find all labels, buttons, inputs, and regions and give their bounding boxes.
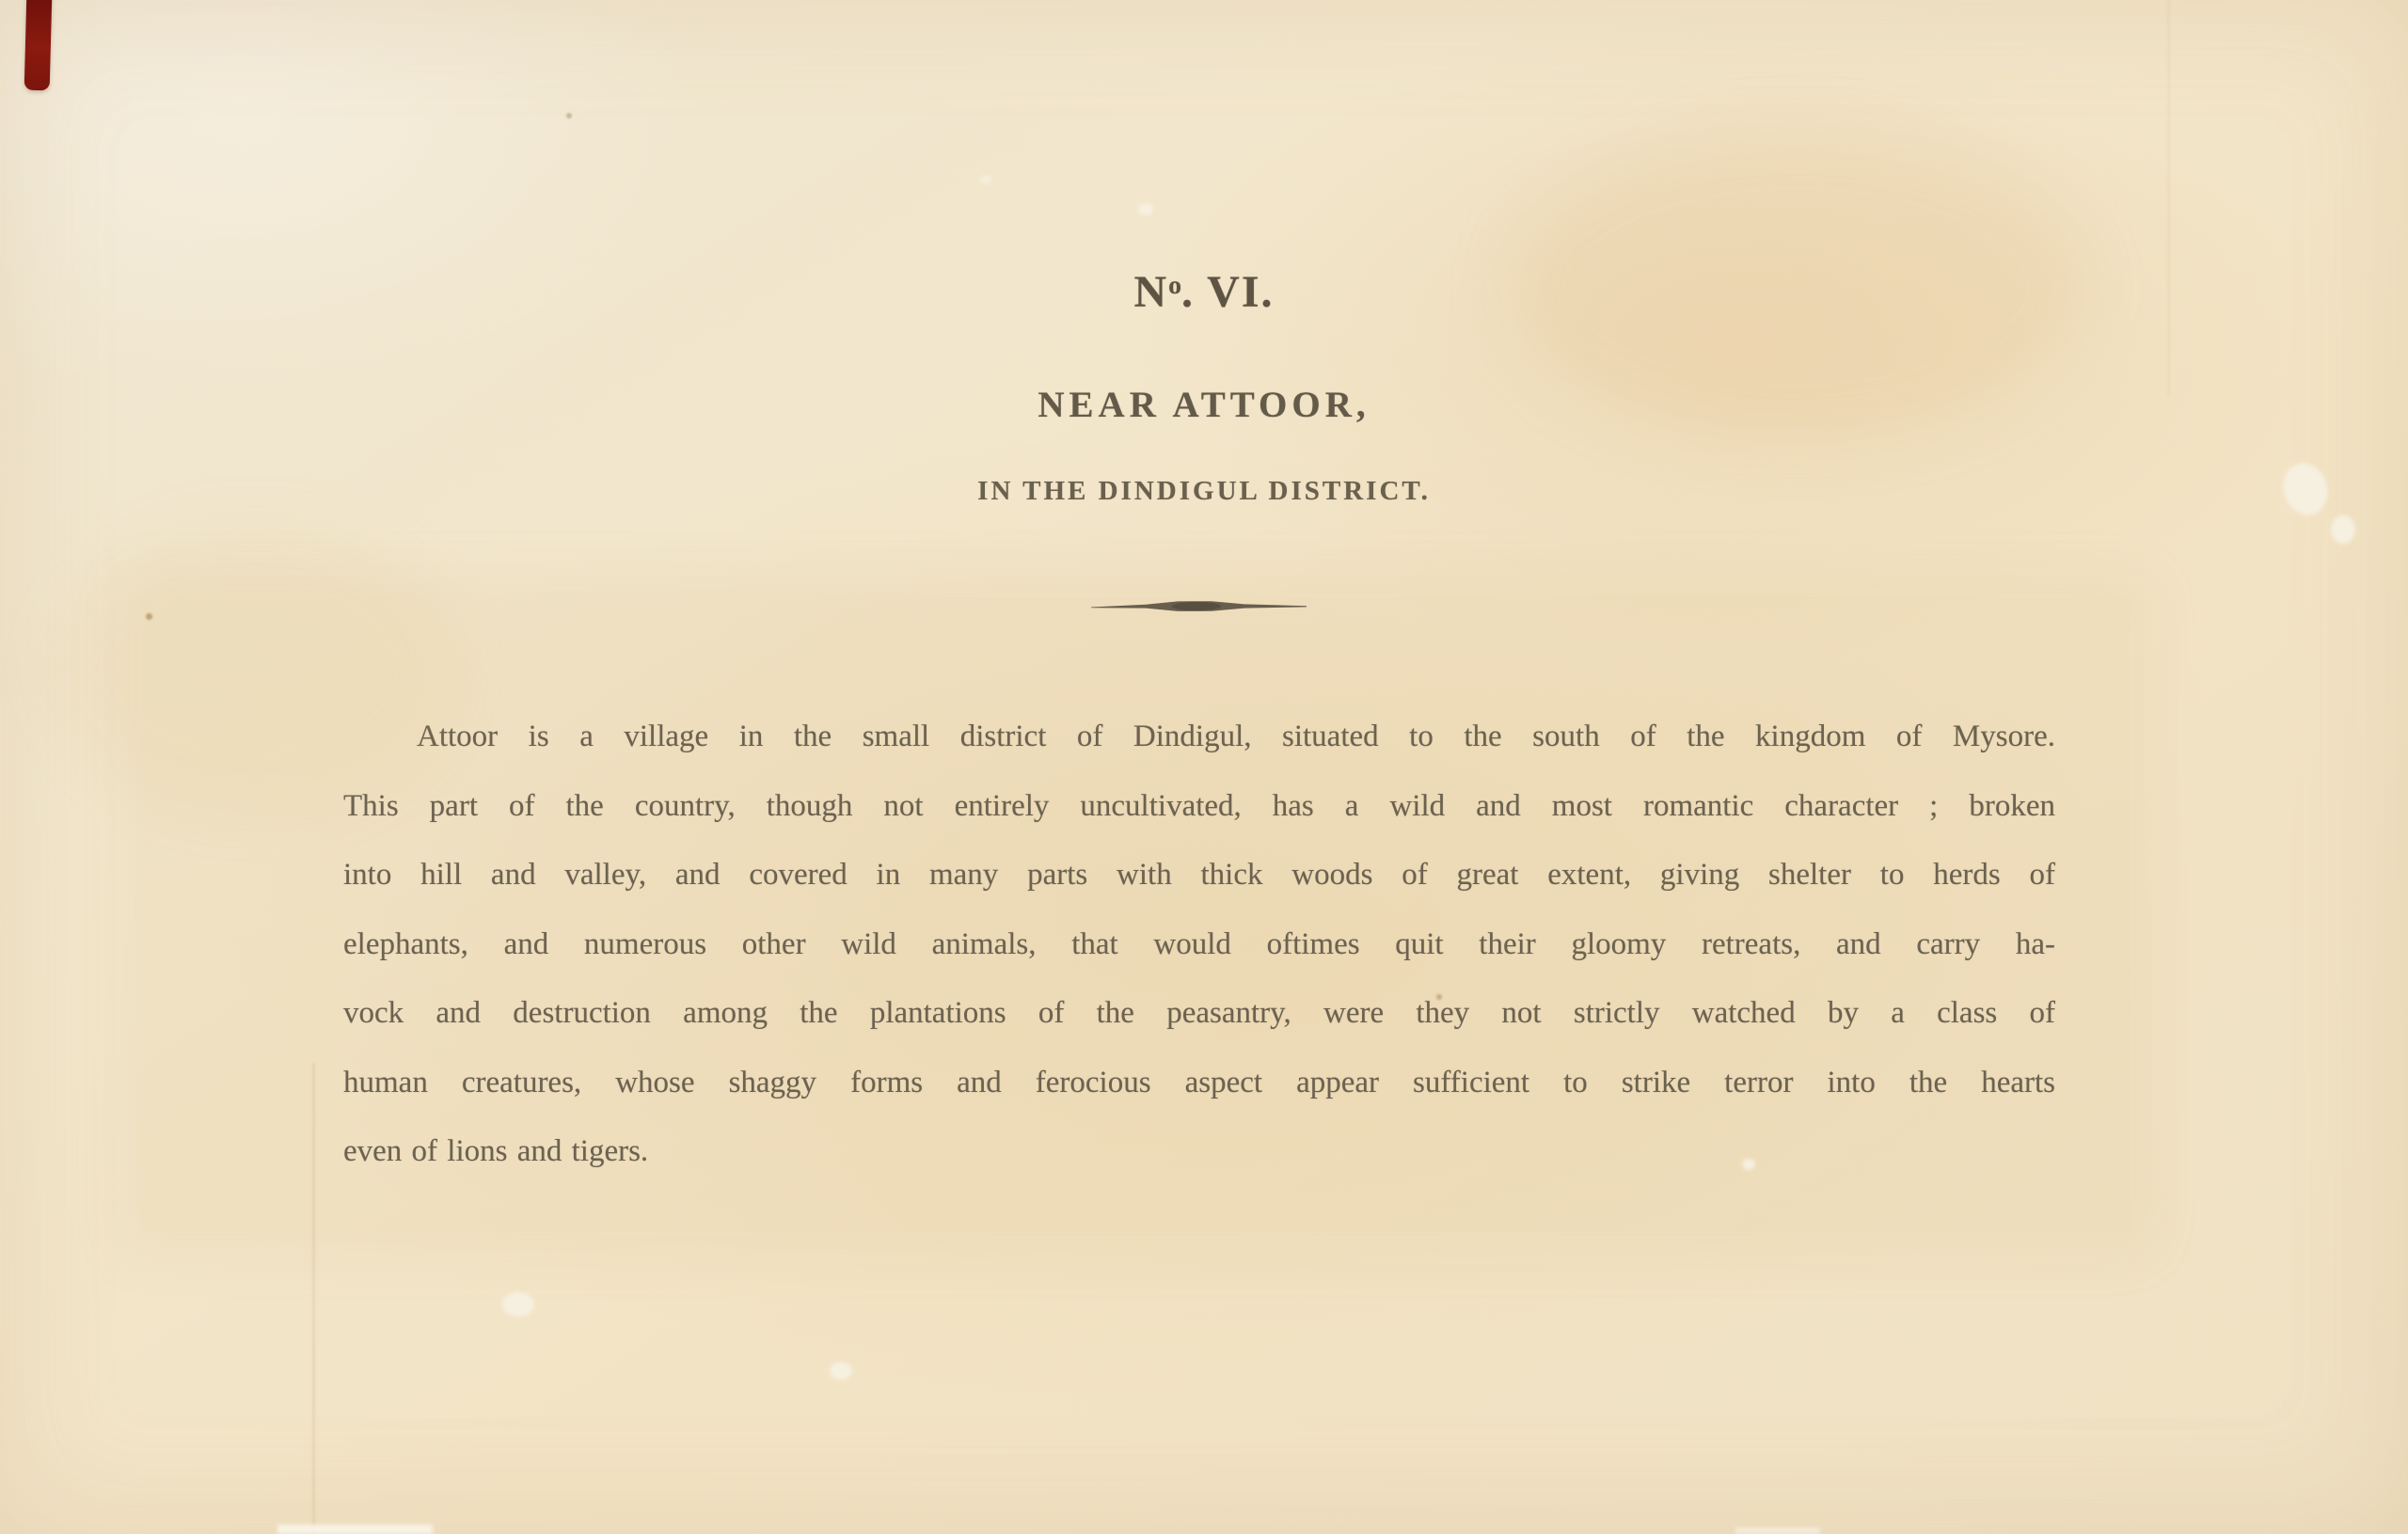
paragraph-line: human creatures, whose shaggy forms and … xyxy=(343,1049,2055,1118)
page-subtitle: IN THE DINDIGUL DISTRICT. xyxy=(0,476,2408,507)
paper-spot xyxy=(1742,1159,1755,1170)
paragraph-line: even of lions and tigers. xyxy=(343,1117,2055,1187)
red-corner-mark xyxy=(24,0,53,90)
paragraph-line: elephants, and numerous other wild anima… xyxy=(343,910,2055,980)
paragraph-line: Attoor is a village in the small distric… xyxy=(343,703,2055,772)
paper-spot xyxy=(980,175,991,184)
paper-edge-flaw xyxy=(1735,1527,1820,1534)
paper-spot xyxy=(502,1292,534,1317)
paper-speck xyxy=(566,113,572,119)
paragraph-line: into hill and valley, and covered in man… xyxy=(343,841,2055,910)
paragraph-line: This part of the country, though not ent… xyxy=(343,772,2055,842)
paper-spot xyxy=(1138,203,1153,215)
paper-stain xyxy=(1505,132,2088,442)
scanned-book-page: No. VI. NEAR ATTOOR, IN THE DINDIGUL DIS… xyxy=(0,0,2408,1534)
page-title: NEAR ATTOOR, xyxy=(0,384,2408,426)
paper-spot xyxy=(2276,457,2334,520)
swelled-rule-divider-icon xyxy=(1091,598,1307,615)
paper-stain xyxy=(56,527,451,809)
paper-spot xyxy=(830,1362,852,1380)
paper-edge-flaw xyxy=(277,1525,433,1534)
body-paragraph: Attoor is a village in the small distric… xyxy=(343,703,2055,1187)
paper-speck xyxy=(146,613,152,620)
paper-crease xyxy=(2167,0,2170,395)
paragraph-line: vock and destruction among the plantatio… xyxy=(343,979,2055,1049)
plate-number-prefix: N xyxy=(1133,267,1168,317)
plate-number-superscript: o xyxy=(1168,271,1181,300)
plate-number-suffix: . VI. xyxy=(1181,267,1274,317)
paper-crease xyxy=(312,1063,315,1534)
paper-speck xyxy=(1436,994,1442,1000)
paper-spot xyxy=(2331,515,2355,544)
